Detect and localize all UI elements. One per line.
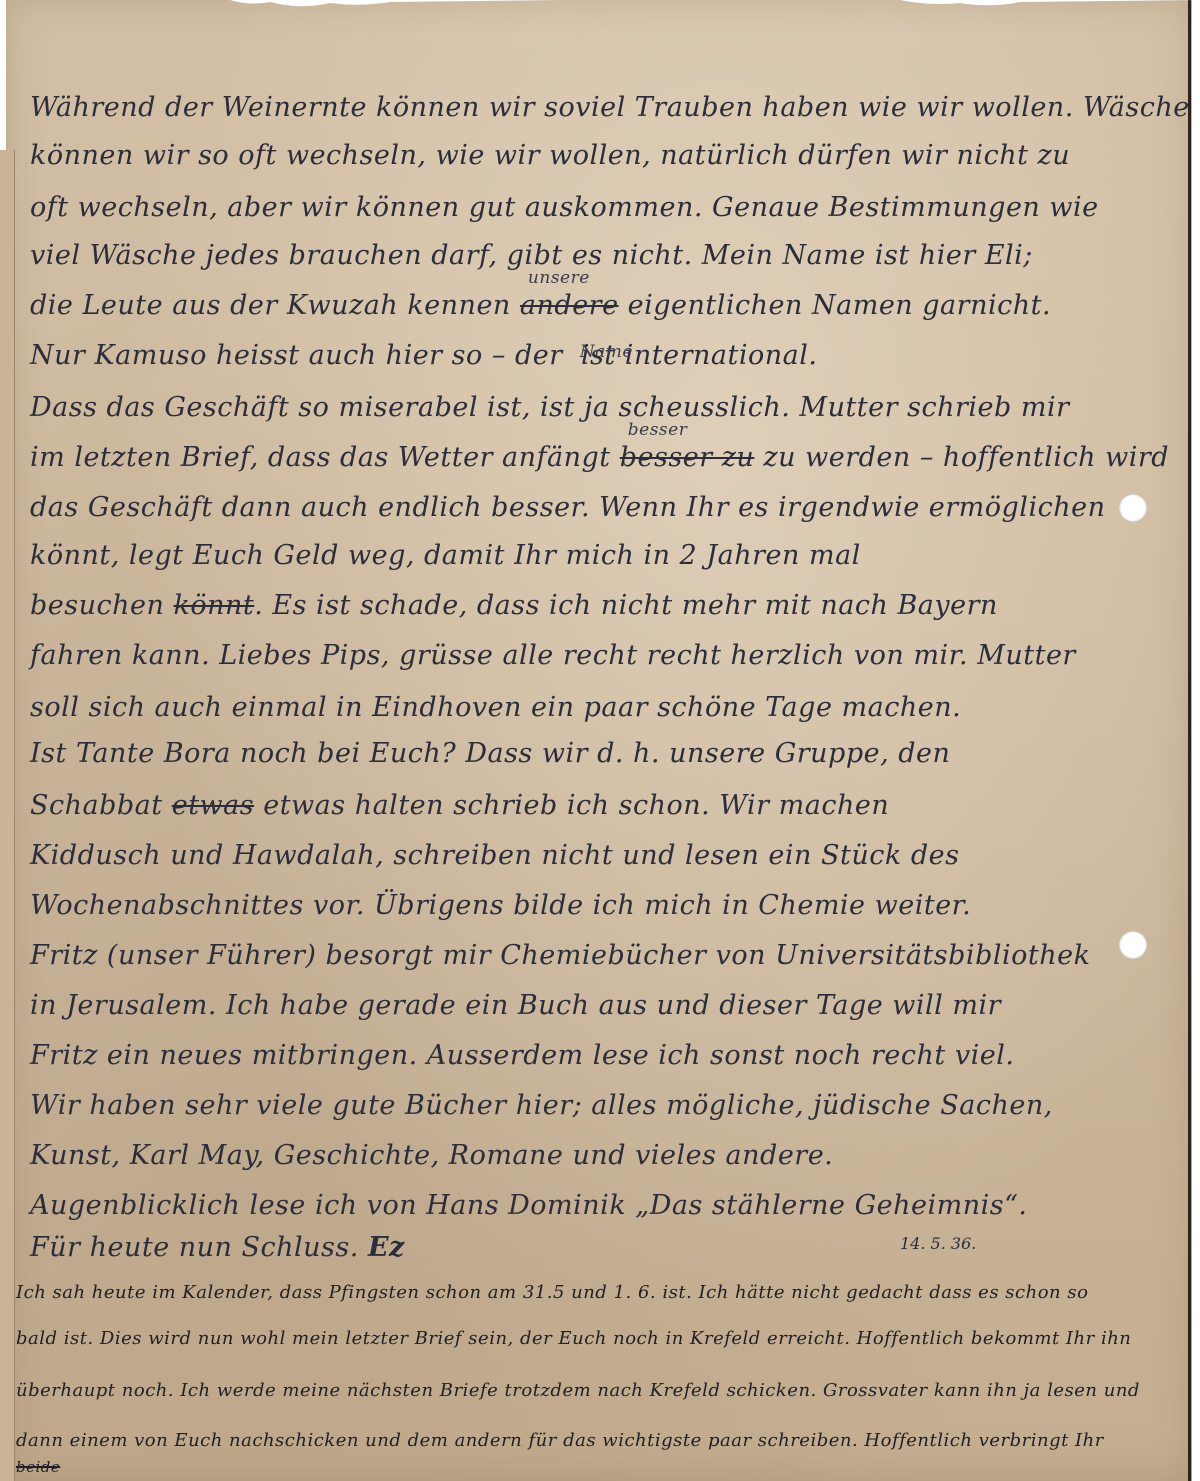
letter-line: Dass das Geschäft so miserabel ist, ist …: [30, 392, 1070, 423]
letter-line: können wir so oft wechseln, wie wir woll…: [30, 140, 1070, 171]
letter-line: Nur Kamuso heisst auch hier so – der Nam…: [30, 340, 817, 371]
letter-line: die Leute aus der Kwuzah kennen unsere a…: [30, 290, 1051, 321]
postscript-line: überhaupt noch. Ich werde meine nächsten…: [16, 1380, 1140, 1401]
letter-line: Kiddusch und Hawdalah, schreiben nicht u…: [30, 840, 959, 871]
letter-line: in Jerusalem. Ich habe gerade ein Buch a…: [30, 990, 1001, 1021]
punch-hole-lower: [1119, 931, 1147, 959]
letter-line: besuchen könnt. Es ist schade, dass ich …: [30, 590, 998, 621]
letter-line: das Geschäft dann auch endlich besser. W…: [30, 492, 1105, 523]
letter-line: Wochenabschnittes vor. Übrigens bilde ic…: [30, 890, 971, 921]
letter-line: Wir haben sehr viele gute Bücher hier; a…: [30, 1090, 1053, 1121]
torn-top-edge: [0, 0, 1200, 14]
punch-hole-upper: [1119, 494, 1147, 522]
letter-line: soll sich auch einmal in Eindhoven ein p…: [30, 692, 961, 723]
letter-line: Kunst, Karl May, Geschichte, Romane und …: [30, 1140, 833, 1171]
postscript-struck-word: beide: [16, 1458, 60, 1476]
paper-right-edge: [1188, 0, 1191, 1481]
correction-insert: besser besser zu: [620, 442, 755, 473]
letter-line: Fritz ein neues mitbringen. Ausserdem le…: [30, 1040, 1014, 1071]
letter-line: Während der Weinernte können wir soviel …: [30, 92, 1190, 123]
letter-line: Ist Tante Bora noch bei Euch? Dass wir d…: [30, 738, 950, 769]
letter-line: viel Wäsche jedes brauchen darf, gibt es…: [30, 240, 1033, 271]
letter-line: fahren kann. Liebes Pips, grüsse alle re…: [30, 640, 1076, 671]
letter-line: Schabbat etwas etwas halten schrieb ich …: [30, 790, 889, 821]
letter-line: Augenblicklich lese ich von Hans Dominik…: [30, 1190, 1028, 1221]
letter-line: Fritz (unser Führer) besorgt mir Chemieb…: [30, 940, 1090, 971]
letter-date: 14. 5. 36.: [900, 1234, 976, 1253]
correction-insert: unsere andere: [520, 290, 619, 321]
letter-line: Für heute nun Schluss. Ez: [30, 1232, 405, 1263]
postscript-line: dann einem von Euch nachschicken und dem…: [16, 1430, 1104, 1451]
signature: Ez: [368, 1232, 405, 1263]
postscript-line: Ich sah heute im Kalender, dass Pfingste…: [16, 1282, 1088, 1303]
letter-line: im letzten Brief, dass das Wetter anfäng…: [30, 442, 1169, 473]
letter-line: oft wechseln, aber wir können gut auskom…: [30, 192, 1099, 223]
underlying-page-edge: [0, 150, 15, 1481]
letter-line: könnt, legt Euch Geld weg, damit Ihr mic…: [30, 540, 861, 571]
postscript-line: bald ist. Dies wird nun wohl mein letzte…: [16, 1328, 1131, 1349]
